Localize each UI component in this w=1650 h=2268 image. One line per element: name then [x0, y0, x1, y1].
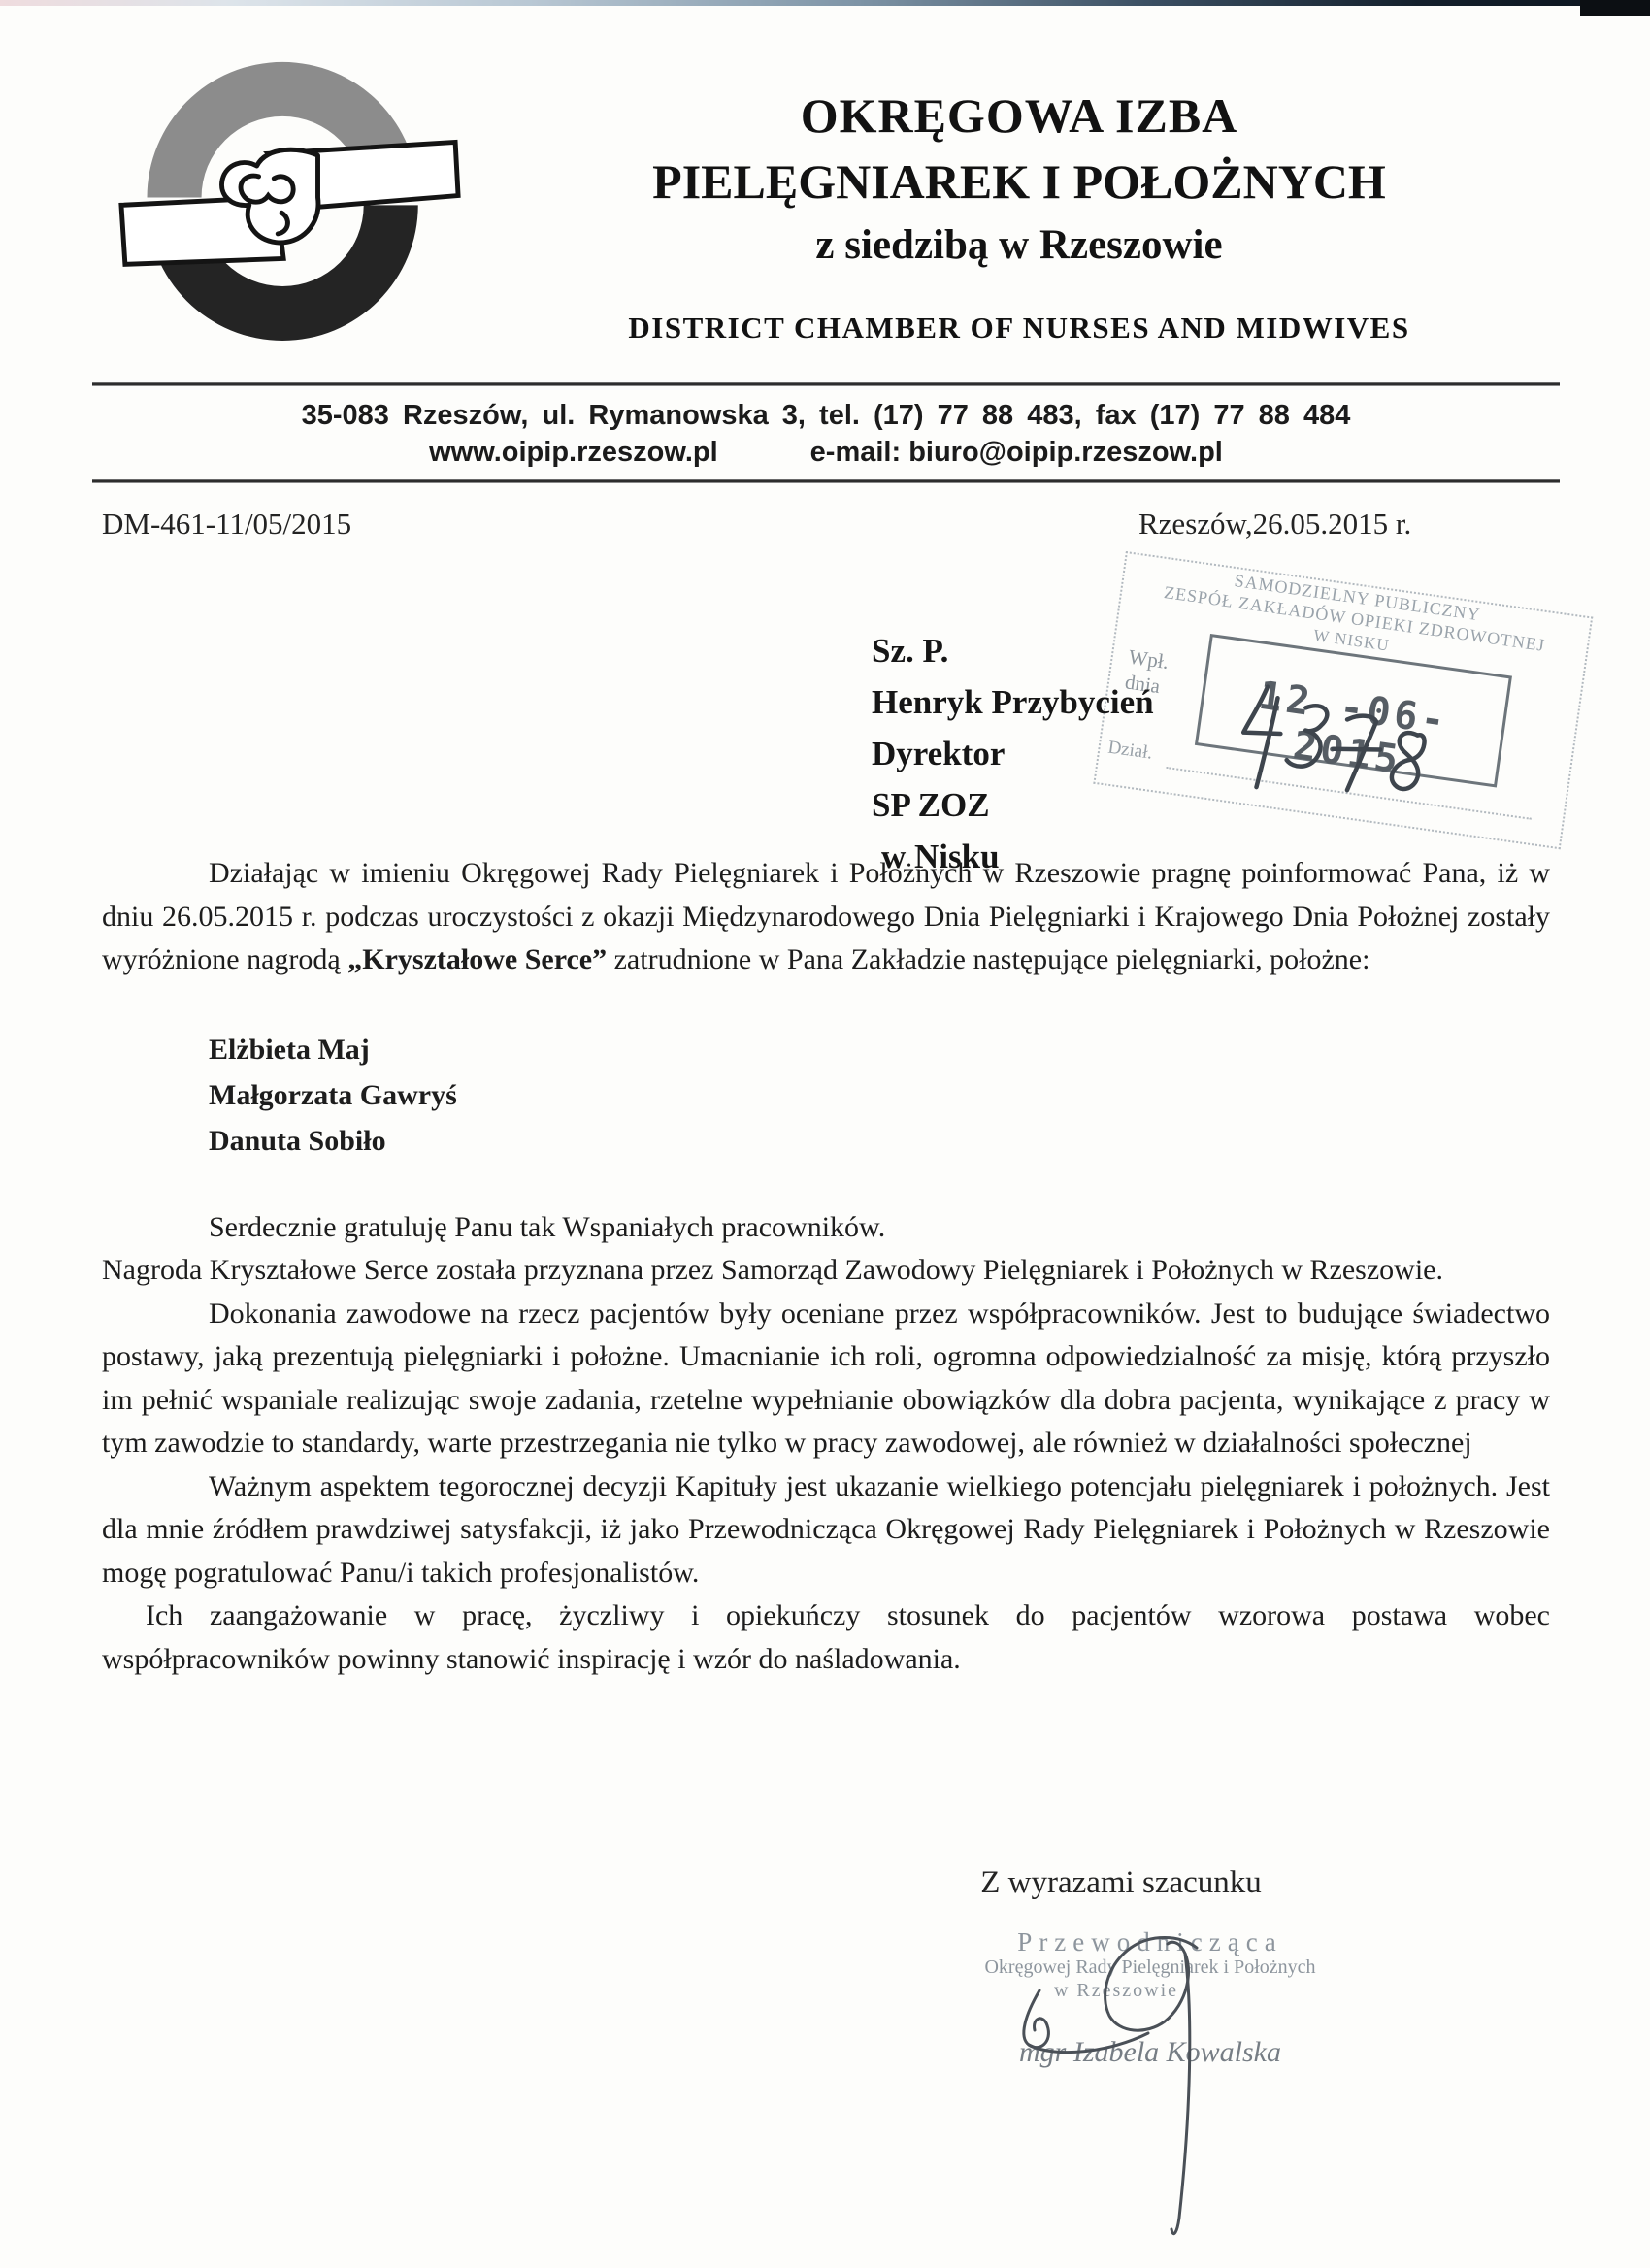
recipient-name: Henryk Przybycień	[872, 676, 1154, 728]
awardee-name: Małgorzata Gawryś	[209, 1072, 1550, 1118]
org-name-english: DISTRICT CHAMBER OF NURSES AND MIDWIVES	[573, 311, 1466, 345]
org-logo-icon	[112, 54, 469, 341]
awardee-name: Danuta Sobiło	[209, 1118, 1550, 1164]
paragraph-5: Ważnym aspektem tegorocznej decyzji Kapi…	[102, 1465, 1550, 1595]
handwritten-signature	[946, 1926, 1247, 2247]
awardees-list: Elżbieta Maj Małgorzata Gawryś Danuta So…	[209, 1027, 1550, 1164]
org-name-line1: OKRĘGOWA IZBA	[573, 87, 1466, 144]
paragraph-2: Serdecznie gratuluję Panu tak Wspaniałyc…	[102, 1206, 1550, 1250]
award-name-bold: „Kryształowe Serce”	[347, 943, 607, 975]
website-text: www.oipip.rzeszow.pl	[429, 437, 718, 468]
org-name-line3: z siedzibą w Rzeszowie	[573, 221, 1466, 269]
recipient-salutation: Sz. P.	[872, 625, 1154, 676]
email-text: e-mail: biuro@oipip.rzeszow.pl	[810, 437, 1223, 468]
paragraph-3: Nagroda Kryształowe Serce została przyzn…	[102, 1249, 1550, 1293]
sign-off: Z wyrazami szacunku	[932, 1865, 1310, 1901]
scanned-letter-page: OKRĘGOWA IZBA PIELĘGNIAREK I POŁOŻNYCH z…	[0, 0, 1650, 2268]
scan-corner-artifact	[1580, 0, 1650, 16]
received-stamp: SAMODZIELNY PUBLICZNY ZESPÓŁ ZAKŁADÓW OP…	[1093, 551, 1593, 849]
place-and-date: Rzeszów,26.05.2015 r.	[1138, 507, 1411, 542]
letter-body: Działając w imieniu Okręgowej Rady Pielę…	[102, 852, 1550, 1681]
reference-number: DM-461-11/05/2015	[102, 507, 351, 542]
recipient-org: SP ZOZ	[872, 779, 1154, 831]
address-contacts: www.oipip.rzeszow.ple-mail: biuro@oipip.…	[92, 437, 1560, 469]
recipient-title: Dyrektor	[872, 728, 1154, 779]
paragraph-6: Ich zaangażowanie w pracę, życzliwy i op…	[102, 1594, 1550, 1681]
address-line: 35-083 Rzeszów, ul. Rymanowska 3, tel. (…	[92, 400, 1560, 432]
awardee-name: Elżbieta Maj	[209, 1027, 1550, 1072]
horizontal-rule-top	[92, 382, 1560, 386]
paragraph-4: Dokonania zawodowe na rzecz pacjentów by…	[102, 1293, 1550, 1465]
recipient-block: Sz. P. Henryk Przybycień Dyrektor SP ZOZ…	[872, 625, 1154, 882]
paragraph-1: Działając w imieniu Okręgowej Rady Pielę…	[102, 852, 1550, 982]
scan-edge-artifact	[0, 0, 1650, 6]
org-name-line2: PIELĘGNIAREK I POŁOŻNYCH	[573, 153, 1466, 210]
paragraph-1-tail: zatrudnione w Pana Zakładzie następujące…	[607, 943, 1369, 975]
horizontal-rule-bottom	[92, 479, 1560, 483]
